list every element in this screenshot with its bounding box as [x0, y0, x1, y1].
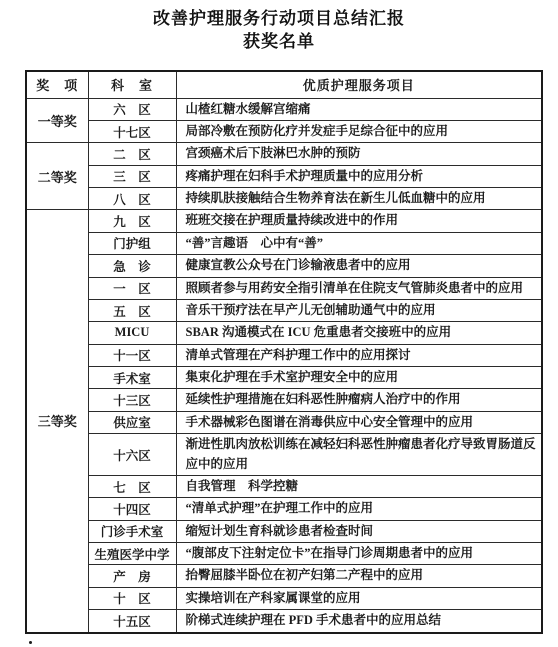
table-row: 门诊手术室缩短计划生育科就诊患者检查时间 — [26, 520, 542, 542]
table-row: 供应室手术器械彩色图谱在消毒供应中心安全管理中的应用 — [26, 411, 542, 433]
project-cell: 实操培训在产科家属课堂的应用 — [176, 587, 542, 609]
table-row: 手术室集束化护理在手术室护理安全中的应用 — [26, 367, 542, 389]
table-row: 三 区疼痛护理在妇科手术护理质量中的应用分析 — [26, 165, 542, 187]
table-row: 生殖医学中学“腹部皮下注射定位卡”在指导门诊周期患者中的应用 — [26, 543, 542, 565]
dept-cell: 门护组 — [88, 232, 176, 254]
document-page: 改善护理服务行动项目总结汇报 获奖名单 奖 项 科 室 优质护理服务项目 一等奖… — [0, 0, 558, 647]
dept-cell: 三 区 — [88, 165, 176, 187]
table-row: 十四区“清单式护理”在护理工作中的应用 — [26, 498, 542, 520]
table-row: 门护组“善”言趣语 心中有“善” — [26, 232, 542, 254]
award-cell: 二等奖 — [26, 143, 88, 210]
dept-cell: 生殖医学中学 — [88, 543, 176, 565]
dept-cell: 十四区 — [88, 498, 176, 520]
project-cell: 阶梯式连续护理在 PFD 手术患者中的应用总结 — [176, 610, 542, 633]
table-row: 五 区音乐干预疗法在早产儿无创辅助通气中的应用 — [26, 299, 542, 321]
table-row: 三等奖九 区班班交接在护理质量持续改进中的作用 — [26, 210, 542, 232]
table-row: 十七区局部冷敷在预防化疗并发症手足综合征中的应用 — [26, 120, 542, 142]
table-row: MICUSBAR 沟通模式在 ICU 危重患者交接班中的应用 — [26, 322, 542, 344]
dept-cell: 八 区 — [88, 188, 176, 210]
project-cell: SBAR 沟通模式在 ICU 危重患者交接班中的应用 — [176, 322, 542, 344]
project-cell: 健康宣教公众号在门诊输液患者中的应用 — [176, 255, 542, 277]
header-award: 奖 项 — [26, 71, 88, 98]
dept-cell: 十五区 — [88, 610, 176, 633]
project-cell: 集束化护理在手术室护理安全中的应用 — [176, 367, 542, 389]
table-row: 产 房抬臀屈膝半卧位在初产妇第二产程中的应用 — [26, 565, 542, 587]
table-body: 一等奖六 区山楂红糖水缓解宫缩痛十七区局部冷敷在预防化疗并发症手足综合征中的应用… — [26, 98, 542, 633]
project-cell: 疼痛护理在妇科手术护理质量中的应用分析 — [176, 165, 542, 187]
dept-cell: 手术室 — [88, 367, 176, 389]
project-cell: 手术器械彩色图谱在消毒供应中心安全管理中的应用 — [176, 411, 542, 433]
project-cell: 清单式管理在产科护理工作中的应用探讨 — [176, 344, 542, 366]
project-cell: 延续性护理措施在妇科恶性肿瘤病人治疗中的作用 — [176, 389, 542, 411]
project-cell: “腹部皮下注射定位卡”在指导门诊周期患者中的应用 — [176, 543, 542, 565]
project-cell: 局部冷敷在预防化疗并发症手足综合征中的应用 — [176, 120, 542, 142]
header-project: 优质护理服务项目 — [176, 71, 542, 98]
project-cell: 自我管理 科学控糖 — [176, 475, 542, 497]
table-row: 一等奖六 区山楂红糖水缓解宫缩痛 — [26, 98, 542, 120]
project-cell: 抬臀屈膝半卧位在初产妇第二产程中的应用 — [176, 565, 542, 587]
stray-dot-mark — [29, 641, 32, 644]
dept-cell: 急 诊 — [88, 255, 176, 277]
dept-cell: MICU — [88, 322, 176, 344]
title-line-1: 改善护理服务行动项目总结汇报 — [0, 8, 558, 31]
table-row: 十六区渐进性肌肉放松训练在减轻妇科恶性肿瘤患者化疗导致胃肠道反应中的应用 — [26, 434, 542, 476]
dept-cell: 门诊手术室 — [88, 520, 176, 542]
project-cell: “清单式护理”在护理工作中的应用 — [176, 498, 542, 520]
table-row: 二等奖二 区宫颈癌术后下肢淋巴水肿的预防 — [26, 143, 542, 165]
table-row: 急 诊健康宣教公众号在门诊输液患者中的应用 — [26, 255, 542, 277]
dept-cell: 十六区 — [88, 434, 176, 476]
project-cell: 照顾者参与用药安全指引清单在住院支气管肺炎患者中的应用 — [176, 277, 542, 299]
table-row: 十一区清单式管理在产科护理工作中的应用探讨 — [26, 344, 542, 366]
table-row: 十三区延续性护理措施在妇科恶性肿瘤病人治疗中的作用 — [26, 389, 542, 411]
title-line-2: 获奖名单 — [0, 31, 558, 54]
dept-cell: 供应室 — [88, 411, 176, 433]
table-row: 八 区持续肌肤接触结合生物养育法在新生儿低血糖中的应用 — [26, 188, 542, 210]
dept-cell: 六 区 — [88, 98, 176, 120]
dept-cell: 十三区 — [88, 389, 176, 411]
dept-cell: 五 区 — [88, 299, 176, 321]
dept-cell: 十一区 — [88, 344, 176, 366]
dept-cell: 十 区 — [88, 587, 176, 609]
project-cell: “善”言趣语 心中有“善” — [176, 232, 542, 254]
table-header-row: 奖 项 科 室 优质护理服务项目 — [26, 71, 542, 98]
dept-cell: 九 区 — [88, 210, 176, 232]
award-cell: 一等奖 — [26, 98, 88, 143]
table-row: 十 区实操培训在产科家属课堂的应用 — [26, 587, 542, 609]
project-cell: 缩短计划生育科就诊患者检查时间 — [176, 520, 542, 542]
project-cell: 宫颈癌术后下肢淋巴水肿的预防 — [176, 143, 542, 165]
table-row: 一 区照顾者参与用药安全指引清单在住院支气管肺炎患者中的应用 — [26, 277, 542, 299]
table-row: 七 区自我管理 科学控糖 — [26, 475, 542, 497]
dept-cell: 产 房 — [88, 565, 176, 587]
header-dept: 科 室 — [88, 71, 176, 98]
award-cell: 三等奖 — [26, 210, 88, 633]
project-cell: 山楂红糖水缓解宫缩痛 — [176, 98, 542, 120]
award-table: 奖 项 科 室 优质护理服务项目 一等奖六 区山楂红糖水缓解宫缩痛十七区局部冷敷… — [25, 70, 543, 634]
project-cell: 音乐干预疗法在早产儿无创辅助通气中的应用 — [176, 299, 542, 321]
dept-cell: 一 区 — [88, 277, 176, 299]
dept-cell: 七 区 — [88, 475, 176, 497]
project-cell: 渐进性肌肉放松训练在减轻妇科恶性肿瘤患者化疗导致胃肠道反应中的应用 — [176, 434, 542, 476]
project-cell: 持续肌肤接触结合生物养育法在新生儿低血糖中的应用 — [176, 188, 542, 210]
dept-cell: 十七区 — [88, 120, 176, 142]
document-title: 改善护理服务行动项目总结汇报 获奖名单 — [0, 0, 558, 54]
table-row: 十五区阶梯式连续护理在 PFD 手术患者中的应用总结 — [26, 610, 542, 633]
project-cell: 班班交接在护理质量持续改进中的作用 — [176, 210, 542, 232]
dept-cell: 二 区 — [88, 143, 176, 165]
